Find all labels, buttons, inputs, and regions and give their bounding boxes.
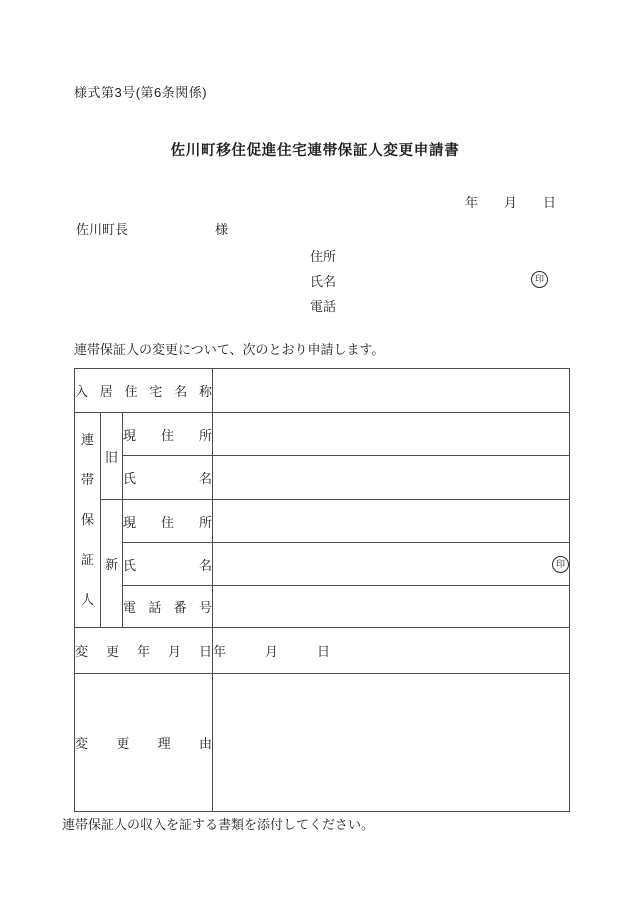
old-address-label: 現 住 所: [123, 413, 213, 456]
form-number: 様式第3号(第6条関係): [74, 82, 207, 101]
applicant-address-label: 住所: [310, 249, 336, 264]
seal-stamp-icon: 印: [531, 271, 548, 288]
application-table: 入 居 住 宅 名 称 連帯保証人 旧 現 住 所 氏 名 新 現 住 所 氏 …: [74, 368, 570, 812]
table-row: 連帯保証人 旧 現 住 所: [75, 413, 570, 456]
change-reason-label: 変 更 理 由: [75, 674, 213, 812]
new-name-label: 氏 名: [123, 543, 213, 586]
housing-name-label: 入 居 住 宅 名 称: [75, 369, 213, 413]
date-line: 年 月 日: [465, 192, 556, 211]
document-title: 佐川町移住促進住宅連帯保証人変更申請書: [0, 139, 630, 160]
old-guarantor-label: 旧: [101, 413, 123, 500]
guarantor-header-cell: 連帯保証人: [75, 413, 101, 628]
table-row: 変 更 理 由: [75, 674, 570, 812]
applicant-phone-row: 電話: [310, 296, 556, 315]
new-phone-label: 電 話 番 号: [123, 586, 213, 628]
guarantor-label: 連帯保証人: [80, 420, 95, 620]
change-date-value: 年 月 日: [213, 628, 570, 674]
intro-text: 連帯保証人の変更について、次のとおり申請します。: [74, 339, 384, 358]
table-row: 氏 名 印: [75, 543, 570, 586]
change-date-label: 変 更 年 月 日: [75, 628, 213, 674]
table-row: 新 現 住 所: [75, 500, 570, 543]
seal-stamp-icon: 印: [552, 556, 569, 573]
applicant-address-row: 住所: [310, 246, 556, 265]
old-name-label: 氏 名: [123, 456, 213, 500]
new-name-value: 印: [213, 543, 570, 586]
new-phone-value: [213, 586, 570, 628]
document-page: 様式第3号(第6条関係) 佐川町移住促進住宅連帯保証人変更申請書 年 月 日 佐…: [0, 0, 630, 915]
applicant-name-label: 氏名: [310, 274, 336, 289]
footnote-text: 連帯保証人の収入を証する書類を添付してください。: [62, 814, 374, 833]
applicant-name-row: 氏名 印: [310, 271, 556, 290]
applicant-phone-label: 電話: [310, 299, 336, 314]
table-row: 変 更 年 月 日 年 月 日: [75, 628, 570, 674]
old-name-value: [213, 456, 570, 500]
table-row: 電 話 番 号: [75, 586, 570, 628]
table-row: 氏 名: [75, 456, 570, 500]
old-address-value: [213, 413, 570, 456]
addressee-name: 佐川町長: [76, 219, 128, 238]
table-row: 入 居 住 宅 名 称: [75, 369, 570, 413]
housing-name-value: [213, 369, 570, 413]
change-reason-value: [213, 674, 570, 812]
addressee-honorific: 様: [215, 219, 228, 238]
new-address-value: [213, 500, 570, 543]
new-address-label: 現 住 所: [123, 500, 213, 543]
new-guarantor-label: 新: [101, 500, 123, 628]
